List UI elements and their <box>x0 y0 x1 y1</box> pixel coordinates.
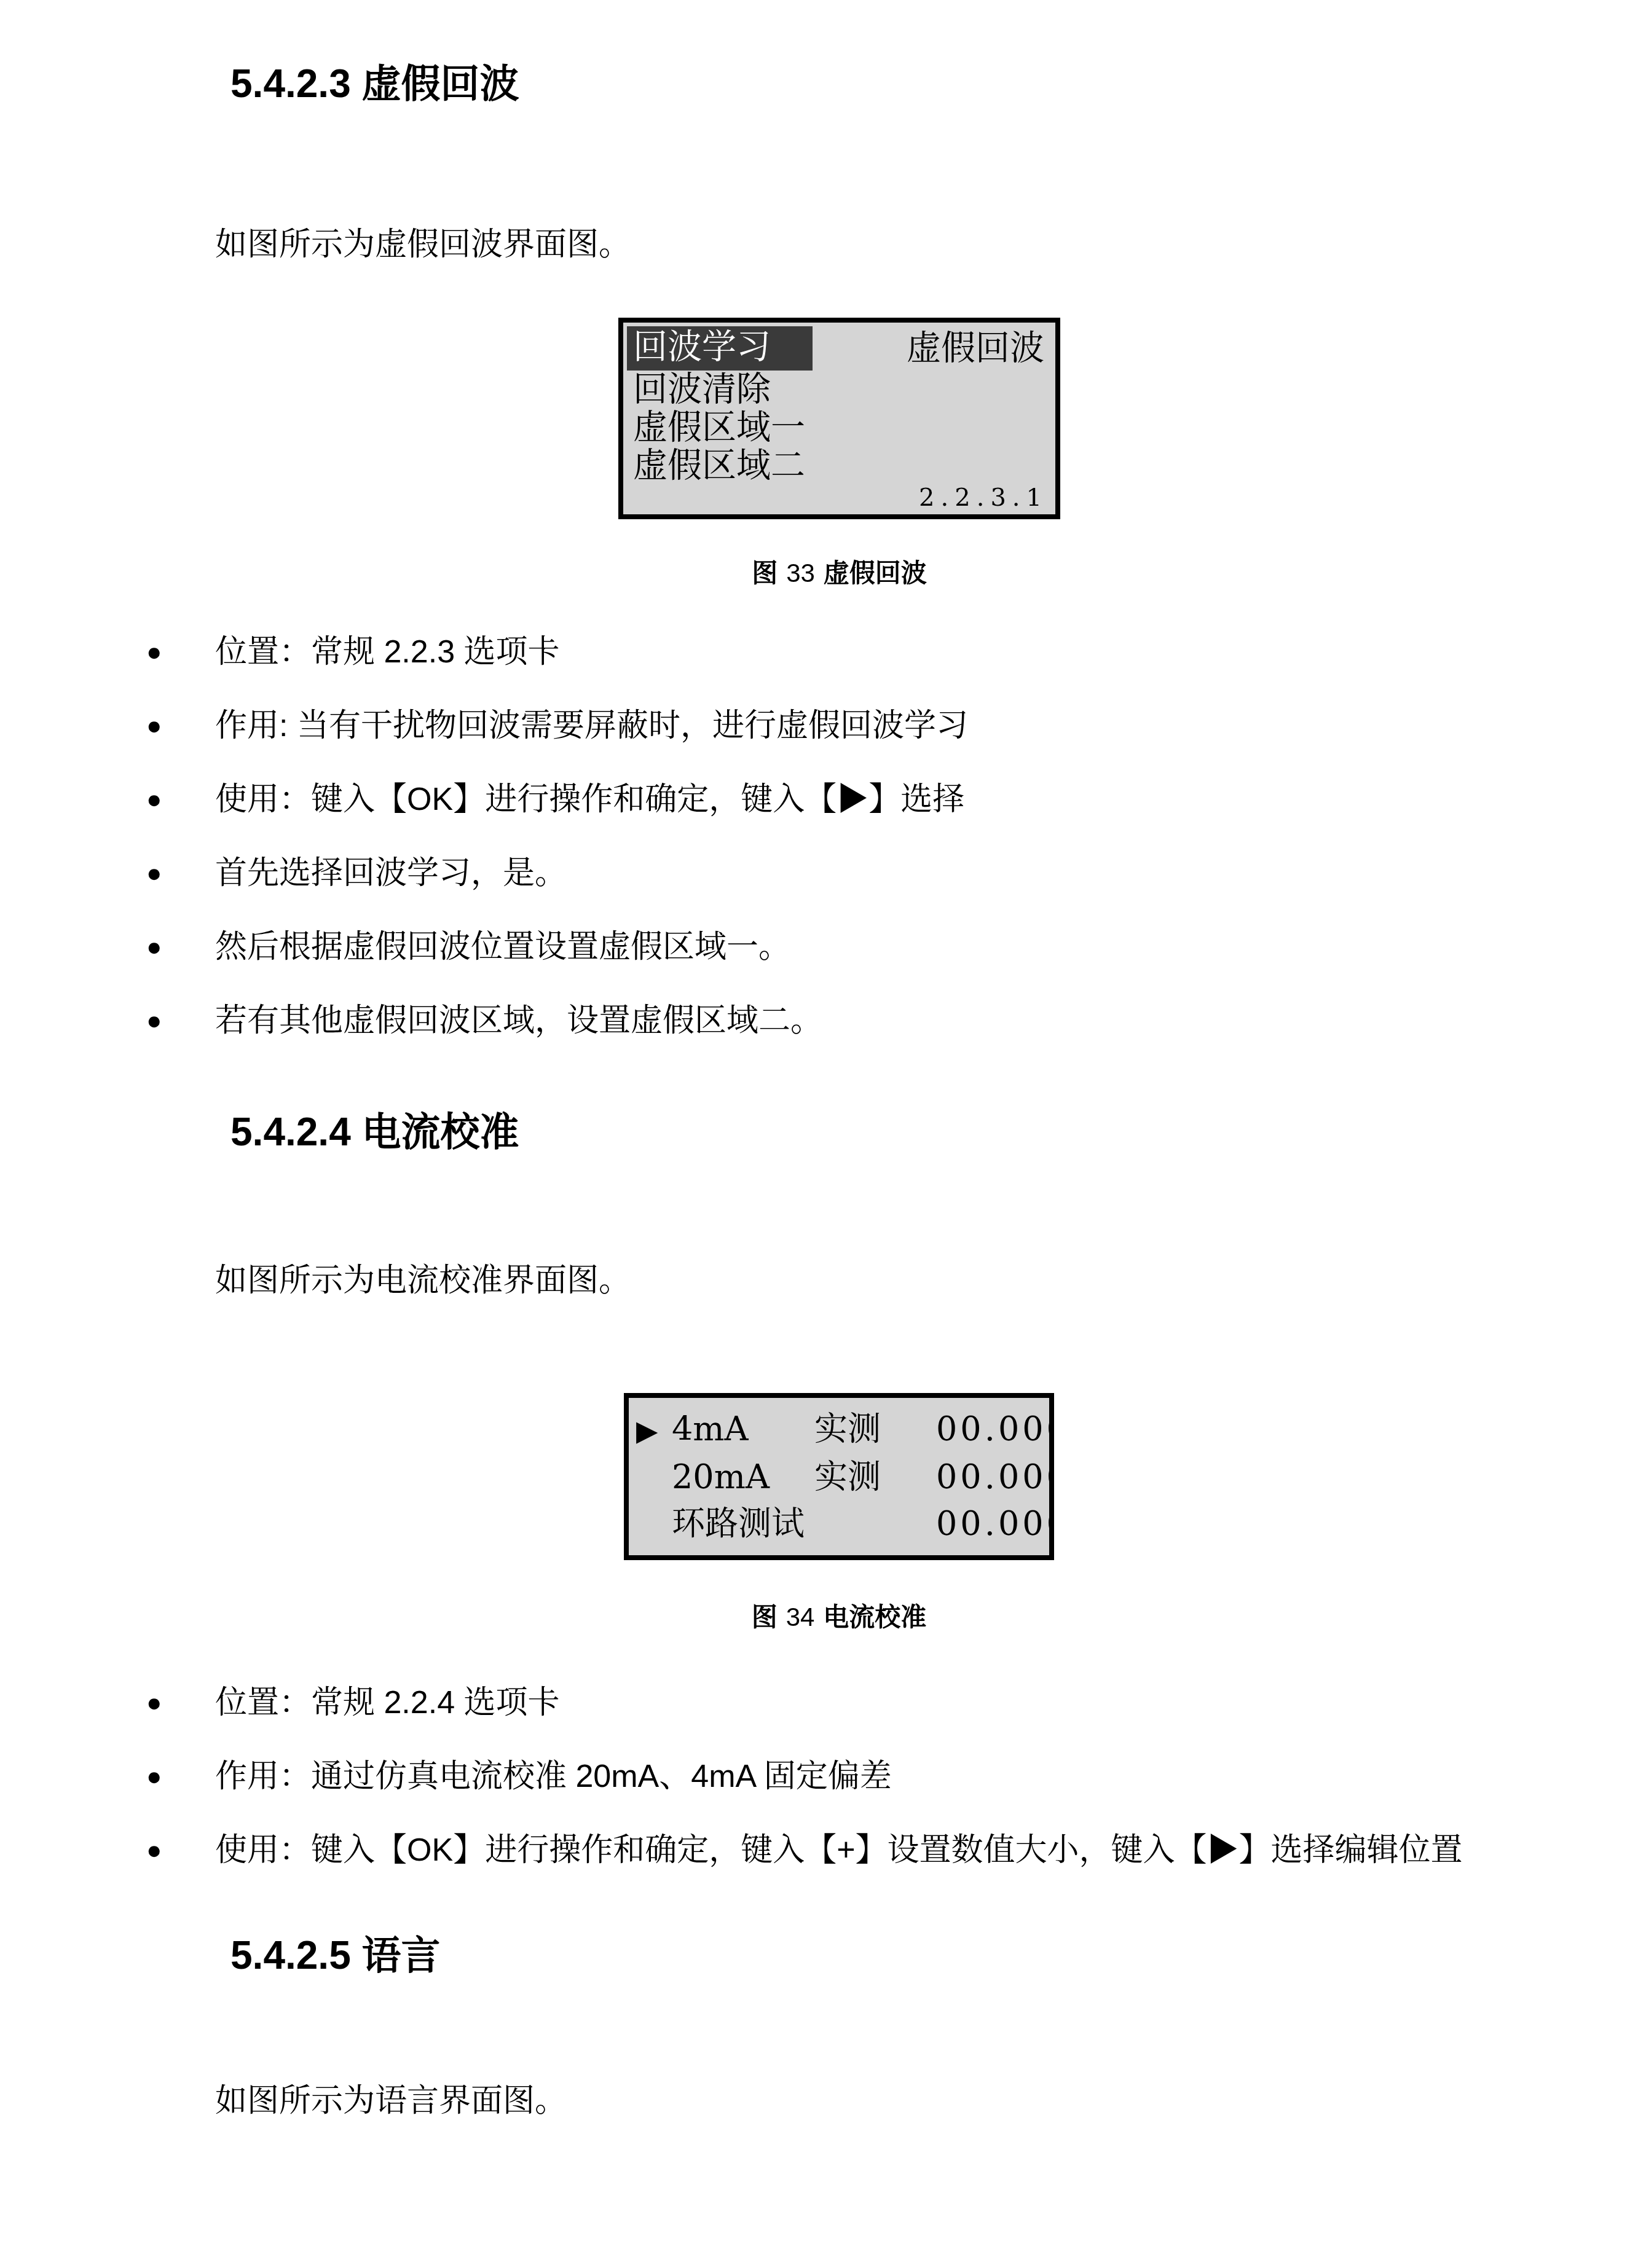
bullet-icon: ● <box>146 984 215 1057</box>
lcd-page-code: 2.2.3.1 <box>627 485 1049 511</box>
bullet-text: 首先选择回波学习，是。 <box>215 836 567 910</box>
lcd-menu-item: 虚假区域一 <box>627 409 1049 447</box>
section-heading-language: 5.4.2.5 语言 <box>230 1930 1638 1981</box>
bullet-icon: ● <box>146 836 215 910</box>
bullet-text: 然后根据虚假回波位置设置虚假区域一。 <box>215 910 790 984</box>
caption-prefix: 图 <box>752 1603 778 1631</box>
caption-number: 33 <box>786 559 815 587</box>
lcd-row-label: 环路测试 <box>672 1505 814 1543</box>
lcd-screen-false-echo: 回波学习 虚假回波 回波清除 虚假区域一 虚假区域二 2.2.3.1 <box>618 318 1060 519</box>
caption-label: 虚假回波 <box>824 559 927 587</box>
section-heading-current-calibration: 5.4.2.4 电流校准 <box>230 1107 1638 1158</box>
bullet-item: ●位置：常规 2.2.3 选项卡 <box>0 615 1638 689</box>
bullet-text: 若有其他虚假回波区域，设置虚假区域二。 <box>215 984 822 1057</box>
lcd-menu-item: 虚假区域二 <box>627 447 1049 485</box>
bullet-list-false-echo: ●位置：常规 2.2.3 选项卡 ●作用: 当有干扰物回波需要屏蔽时，进行虚假回… <box>0 615 1638 1057</box>
lcd-row-loop-test: 环路测试 00.000 <box>636 1505 1049 1543</box>
bullet-icon: ● <box>146 615 215 689</box>
bullet-icon: ● <box>146 1740 215 1813</box>
section-heading-false-echo: 5.4.2.3 虚假回波 <box>230 58 1638 109</box>
bullet-text: 使用：键入【OK】进行操作和确定，键入【▶】选择 <box>215 763 964 836</box>
bullet-text: 位置：常规 2.2.3 选项卡 <box>215 615 560 689</box>
lcd-selected-menu-item: 回波学习 <box>627 326 813 371</box>
bullet-icon: ● <box>146 910 215 984</box>
figure-caption-34: 图34电流校准 <box>624 1600 1054 1634</box>
bullet-list-current-calibration: ●位置：常规 2.2.4 选项卡 ●作用：通过仿真电流校准 20mA、4mA 固… <box>0 1666 1638 1887</box>
lcd-row-measured-label: 实测 <box>814 1458 936 1496</box>
bullet-text: 使用：键入【OK】进行操作和确定，键入【+】设置数值大小，键入【▶】选择编辑位置 <box>215 1813 1463 1887</box>
lcd-row-value: 00.000 <box>936 1458 1054 1496</box>
lcd-row-measured-label: 实测 <box>814 1410 936 1448</box>
caption-prefix: 图 <box>752 559 778 587</box>
lcd-row-20ma: 20mA 实测 00.000 <box>636 1458 1049 1496</box>
cursor-arrow-icon: ▶ <box>636 1411 672 1450</box>
caption-number: 34 <box>786 1603 815 1631</box>
bullet-text: 位置：常规 2.2.4 选项卡 <box>215 1666 560 1740</box>
lcd-screen-current-calibration: ▶ 4mA 实测 00.000 20mA 实测 00.000 环路测试 00.0… <box>624 1393 1054 1560</box>
lcd-menu-item: 回波清除 <box>627 371 1049 409</box>
lcd-row-label: 20mA <box>672 1458 814 1496</box>
lcd-screen-title: 虚假回波 <box>907 326 1049 367</box>
bullet-item: ●首先选择回波学习，是。 <box>0 836 1638 910</box>
document-page: 5.4.2.3 虚假回波 如图所示为虚假回波界面图。 回波学习 虚假回波 回波清… <box>0 0 1638 2268</box>
bullet-text: 作用: 当有干扰物回波需要屏蔽时，进行虚假回波学习 <box>215 689 968 763</box>
bullet-item: ●使用：键入【OK】进行操作和确定，键入【+】设置数值大小，键入【▶】选择编辑位… <box>0 1813 1638 1887</box>
intro-text-current-calibration: 如图所示为电流校准界面图。 <box>215 1259 1638 1302</box>
bullet-text: 作用：通过仿真电流校准 20mA、4mA 固定偏差 <box>215 1740 892 1813</box>
bullet-item: ●然后根据虚假回波位置设置虚假区域一。 <box>0 910 1638 984</box>
intro-text-false-echo: 如图所示为虚假回波界面图。 <box>215 223 1638 266</box>
figure-caption-33: 图33虚假回波 <box>618 556 1060 590</box>
intro-text-language: 如图所示为语言界面图。 <box>215 2079 1638 2122</box>
bullet-item: ●若有其他虚假回波区域，设置虚假区域二。 <box>0 984 1638 1057</box>
bullet-item: ●使用：键入【OK】进行操作和确定，键入【▶】选择 <box>0 763 1638 836</box>
bullet-icon: ● <box>146 689 215 763</box>
lcd-header-row: 回波学习 虚假回波 <box>627 326 1049 371</box>
lcd-row-value: 00.000 <box>936 1505 1054 1543</box>
bullet-icon: ● <box>146 763 215 836</box>
caption-label: 电流校准 <box>823 1603 926 1631</box>
bullet-item: ●位置：常规 2.2.4 选项卡 <box>0 1666 1638 1740</box>
lcd-row-label: 4mA <box>672 1410 814 1448</box>
bullet-icon: ● <box>146 1666 215 1740</box>
bullet-item: ●作用：通过仿真电流校准 20mA、4mA 固定偏差 <box>0 1740 1638 1813</box>
bullet-icon: ● <box>146 1813 215 1887</box>
lcd-row-value: 00.000 <box>936 1410 1054 1448</box>
bullet-item: ●作用: 当有干扰物回波需要屏蔽时，进行虚假回波学习 <box>0 689 1638 763</box>
lcd-row-4ma: ▶ 4mA 实测 00.000 <box>636 1410 1049 1450</box>
